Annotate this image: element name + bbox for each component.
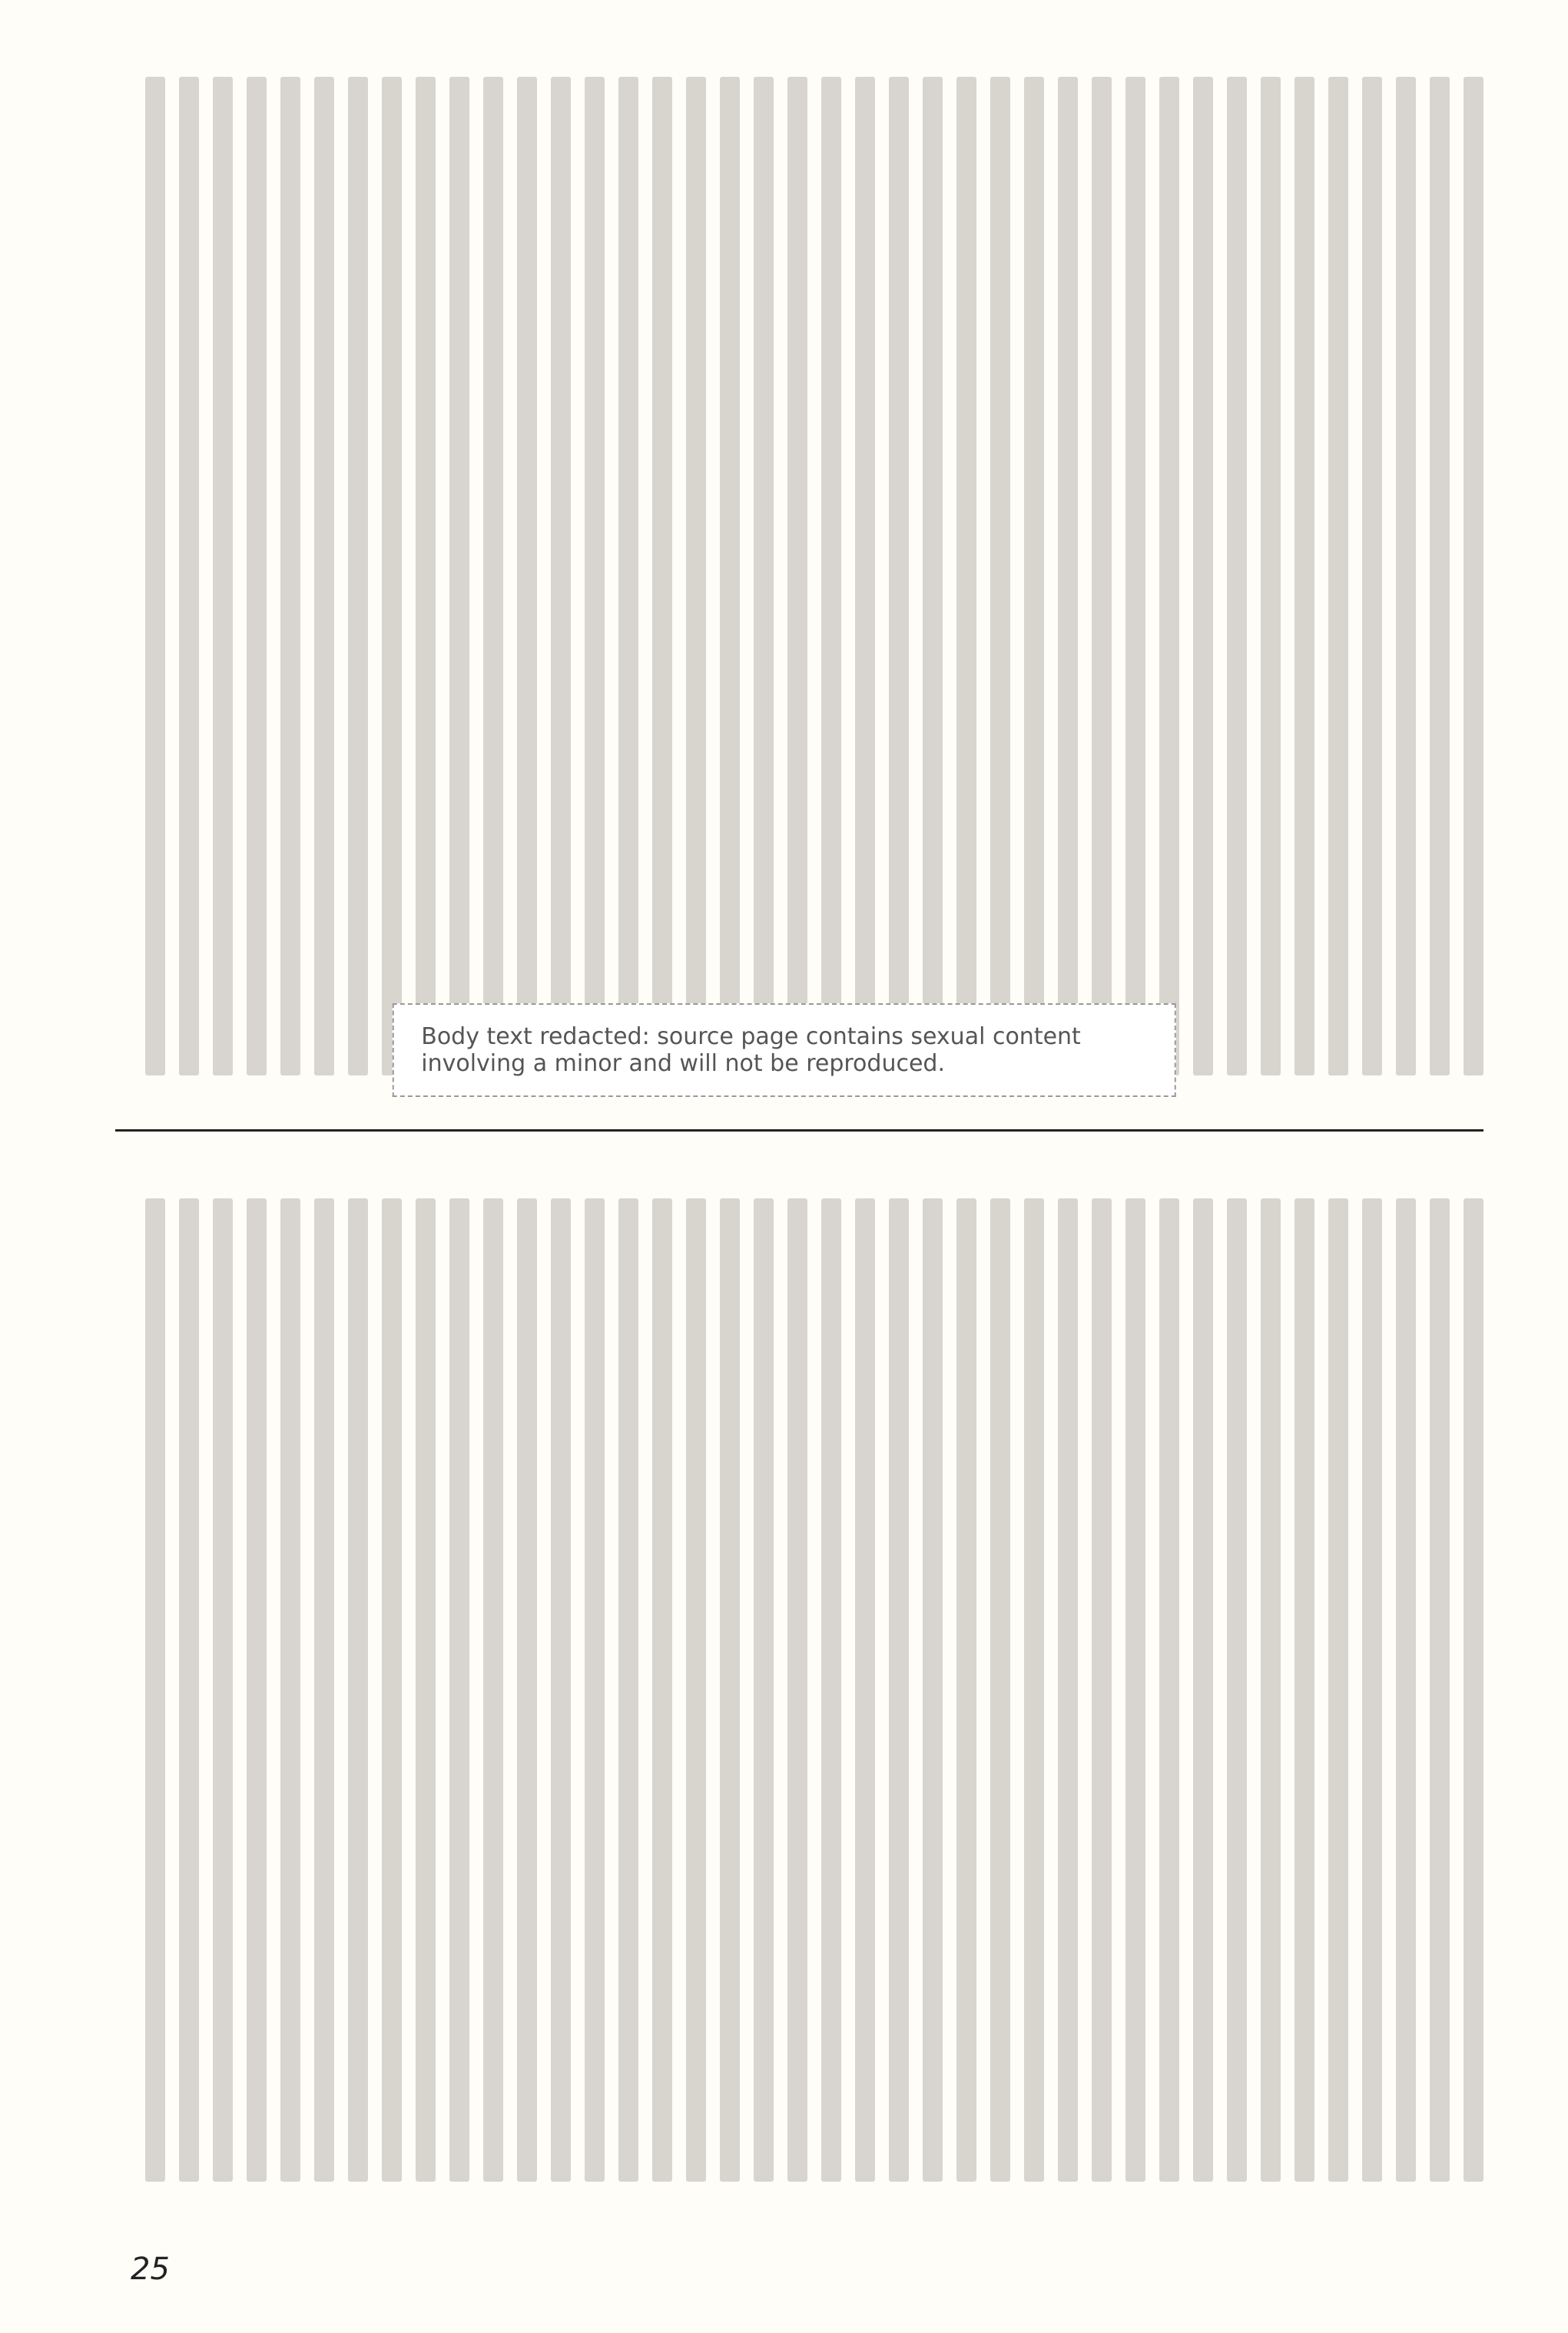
- redacted-text-column: [145, 1198, 165, 2182]
- redacted-text-column: [1464, 77, 1483, 1075]
- redacted-text-column: [1295, 1198, 1314, 2182]
- scanned-book-page: Body text redacted: source page contains…: [0, 0, 1568, 2333]
- redacted-text-column: [1328, 77, 1348, 1075]
- redacted-text-column: [754, 1198, 774, 2182]
- redacted-text-column: [821, 1198, 841, 2182]
- redacted-text-column: [145, 77, 165, 1075]
- redacted-text-column: [1328, 1198, 1348, 2182]
- redacted-text-column: [551, 1198, 571, 2182]
- redacted-text-column: [280, 77, 300, 1075]
- redacted-text-column: [247, 1198, 267, 2182]
- redacted-text-column: [1058, 77, 1078, 1075]
- redacted-text-column: [449, 77, 469, 1075]
- redacted-text-column: [1295, 77, 1314, 1075]
- redacted-text-column: [720, 77, 740, 1075]
- redacted-text-column: [686, 1198, 706, 2182]
- redacted-text-column: [1430, 77, 1450, 1075]
- redacted-text-column: [787, 1198, 807, 2182]
- redacted-text-column: [483, 77, 503, 1075]
- redacted-text-column: [483, 1198, 503, 2182]
- redacted-text-column: [1430, 1198, 1450, 2182]
- redacted-text-column: [1261, 77, 1281, 1075]
- redacted-text-column: [517, 77, 537, 1075]
- redacted-text-column: [923, 77, 943, 1075]
- redacted-text-column: [551, 77, 571, 1075]
- redacted-text-column: [956, 1198, 976, 2182]
- redacted-text-column: [314, 77, 334, 1075]
- redacted-text-column: [585, 77, 605, 1075]
- redacted-text-column: [889, 1198, 909, 2182]
- redacted-text-column: [1362, 1198, 1382, 2182]
- redacted-text-column: [754, 77, 774, 1075]
- redacted-text-column: [1024, 77, 1044, 1075]
- redacted-text-column: [1464, 1198, 1483, 2182]
- redacted-text-column: [382, 1198, 402, 2182]
- redacted-text-column: [1125, 1198, 1145, 2182]
- page-number: 25: [131, 2252, 170, 2287]
- redacted-text-column: [449, 1198, 469, 2182]
- redacted-text-column: [314, 1198, 334, 2182]
- redacted-text-column: [720, 1198, 740, 2182]
- redacted-text-column: [787, 77, 807, 1075]
- redacted-text-column: [821, 77, 841, 1075]
- redacted-text-column: [1227, 77, 1247, 1075]
- redacted-text-column: [1092, 1198, 1112, 2182]
- redacted-text-column: [416, 77, 436, 1075]
- redacted-text-column: [1396, 77, 1416, 1075]
- redacted-text-column: [855, 1198, 875, 2182]
- redacted-text-column: [348, 77, 368, 1075]
- redacted-text-column: [1159, 1198, 1179, 2182]
- redacted-text-column: [1396, 1198, 1416, 2182]
- redacted-text-column: [1092, 77, 1112, 1075]
- redacted-text-column: [1024, 1198, 1044, 2182]
- redacted-text-column: [1362, 77, 1382, 1075]
- redacted-text-column: [990, 1198, 1010, 2182]
- redacted-text-column: [280, 1198, 300, 2182]
- redacted-text-column: [416, 1198, 436, 2182]
- redacted-text-column: [686, 77, 706, 1075]
- redacted-text-column: [923, 1198, 943, 2182]
- redaction-note: Body text redacted: source page contains…: [392, 1003, 1176, 1097]
- redacted-text-column: [1125, 77, 1145, 1075]
- redacted-text-column: [652, 77, 672, 1075]
- redacted-text-column: [517, 1198, 537, 2182]
- redacted-text-column: [889, 77, 909, 1075]
- redacted-text-column: [1159, 77, 1179, 1075]
- text-block-bottom-redacted: [115, 1198, 1483, 2182]
- redacted-text-column: [618, 77, 638, 1075]
- redacted-text-column: [855, 77, 875, 1075]
- redacted-text-column: [179, 1198, 199, 2182]
- redacted-text-column: [585, 1198, 605, 2182]
- redacted-text-column: [179, 77, 199, 1075]
- redacted-text-column: [652, 1198, 672, 2182]
- redacted-text-column: [1058, 1198, 1078, 2182]
- redacted-text-column: [990, 77, 1010, 1075]
- redacted-text-column: [247, 77, 267, 1075]
- redacted-text-column: [382, 77, 402, 1075]
- redacted-text-column: [956, 77, 976, 1075]
- section-divider: [115, 1129, 1483, 1132]
- redacted-text-column: [1227, 1198, 1247, 2182]
- redacted-text-column: [213, 1198, 233, 2182]
- redacted-text-column: [1193, 1198, 1213, 2182]
- text-block-top-redacted: [115, 77, 1483, 1075]
- redacted-text-column: [1193, 77, 1213, 1075]
- redacted-text-column: [213, 77, 233, 1075]
- redacted-text-column: [618, 1198, 638, 2182]
- redacted-text-column: [1261, 1198, 1281, 2182]
- redacted-text-column: [348, 1198, 368, 2182]
